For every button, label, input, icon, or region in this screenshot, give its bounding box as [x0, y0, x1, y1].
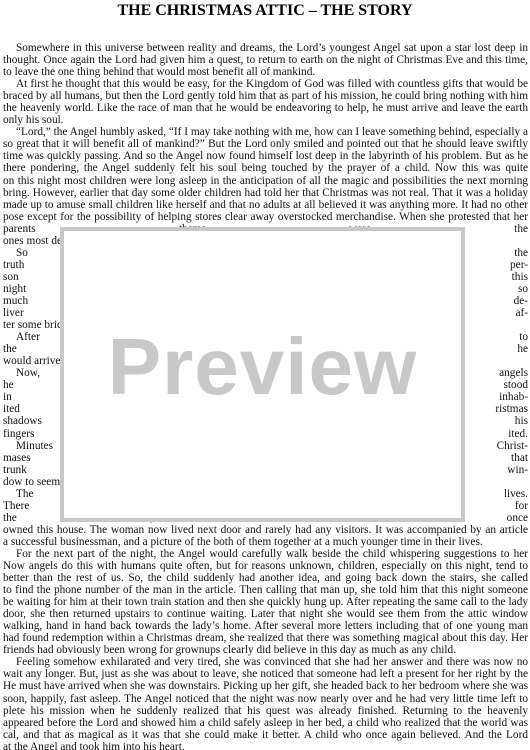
text-line: cal, and that as magical as it was that … [3, 729, 528, 741]
text-line: “Lord,” the Angel humbly asked, “If I ma… [3, 126, 528, 138]
text-line: plete his mission when he suddenly reali… [3, 705, 528, 717]
text-line: made up to amuse small children like her… [3, 199, 528, 211]
text-line: friends had obviously been wrong for gro… [3, 644, 528, 656]
text-line: For the next part of the night, the Ange… [3, 548, 528, 560]
text-line: Feeling somehow exhilarated and very tir… [3, 656, 528, 668]
text-line: the heavenly world. Like the race of man… [3, 102, 528, 114]
text-line: there pondering, the Angel suddenly felt… [3, 162, 528, 174]
text-line: owned this house. The woman now lived ne… [3, 524, 528, 536]
text-line: At first he thought that this would be e… [3, 78, 528, 90]
document-page: THE CHRISTMAS ATTIC – THE STORY Somewher… [0, 0, 530, 750]
text-line: time was quickly passing. And so the Ang… [3, 150, 528, 162]
text-line: had found redemption within a Christmas … [3, 632, 528, 644]
text-line: only his soul. [3, 114, 528, 126]
text-line: thought. Once again the Lord had given h… [3, 54, 528, 66]
text-line: be waiting for him at their town train s… [3, 596, 528, 608]
text-line: so great that it will benefit all of man… [3, 138, 528, 150]
text-line: door, she then returned upstairs to cont… [3, 608, 528, 620]
text-line: He must have arrived when she was downst… [3, 680, 528, 692]
text-line: wait any longer. But, just as she was ab… [3, 668, 528, 680]
text-line: at the Angel and took him into his heart… [3, 741, 528, 750]
text-line: braced by all humans, but then the Lord … [3, 90, 528, 102]
preview-watermark: Preview [64, 327, 461, 407]
text-line: on this night most children were long as… [3, 175, 528, 187]
text-line: soon, happily, fast asleep. The Angel no… [3, 693, 528, 705]
text-line: pose except for the possibility of helpi… [3, 211, 528, 223]
text-line: to leave the one thing behind that would… [3, 66, 528, 78]
text-line: Now angels do this with humans quite oft… [3, 560, 528, 572]
page-title: THE CHRISTMAS ATTIC – THE STORY [0, 2, 530, 20]
text-line: Somewhere in this universe between reali… [3, 42, 528, 54]
text-line: to find the phone number of the man in t… [3, 584, 528, 596]
preview-overlay: Preview [60, 227, 465, 522]
text-line: appeared before the Lord and showed him … [3, 717, 528, 729]
text-line: a successful businessman, and a picture … [3, 536, 528, 548]
text-line: walking, hand in hand back towards the l… [3, 620, 528, 632]
text-line: better than the rest of us. So, the chil… [3, 572, 528, 584]
text-line: bring. However, earlier that day some ol… [3, 187, 528, 199]
